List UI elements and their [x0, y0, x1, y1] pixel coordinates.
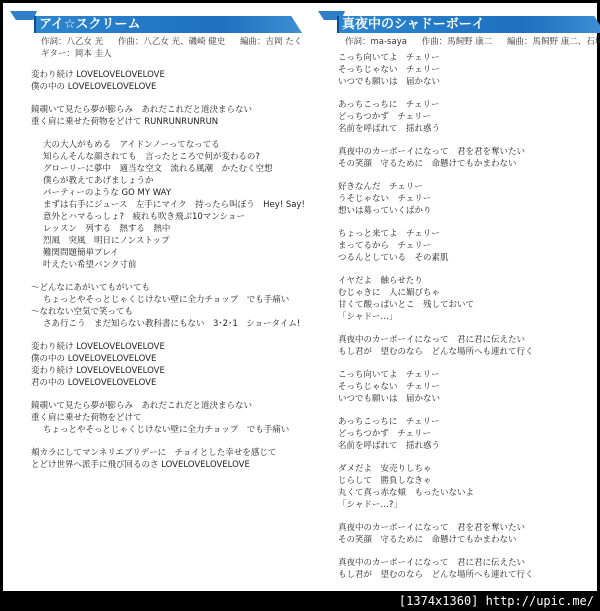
lyric-line: どっちつかず チェリー — [338, 111, 597, 123]
song-left: アイ☆スクリーム 作詞：八乙女 光 作曲：八乙女 光、磯崎 健史 編曲：吉岡 た… — [3, 3, 313, 482]
stanza: 頬カラにしてマンネリエブリデーに チョイとした幸せを感じてとどけ世界へ派手に飛び… — [31, 447, 313, 471]
lyric-line: つるんとしている その素肌 — [338, 252, 597, 264]
song-credits: 作詞：ma-saya 作曲：馬飼野 康二 編曲：馬飼野 康二、石塚 知生 — [313, 36, 597, 48]
stanza: こっち向いてよ チェリーそっちじゃない チェリーいつでも願いは 届かない — [338, 52, 597, 88]
lyric-line: あっちこっちに チェリー — [338, 99, 597, 111]
lyric-line: 鏡覗いて見たら夢が膨らみ あれだこれだと道決まらない — [31, 400, 313, 412]
lyric-line: 好きなんだ チェリー — [338, 181, 597, 193]
lyric-line: 甘くて酸っぱいとこ 残しておいて — [338, 299, 597, 311]
song-right: 真夜中のシャドーボーイ 作詞：ma-saya 作曲：馬飼野 康二 編曲：馬飼野 … — [313, 3, 597, 611]
lyric-line: とどけ世界へ派手に飛び回るのさ LOVELOVELOVELOVE — [31, 459, 313, 471]
lyric-line: こっち向いてよ チェリー — [338, 369, 597, 381]
song-title-header: 真夜中のシャドーボーイ — [313, 3, 597, 33]
stanza: 鏡覗いて見たら夢が膨らみ あれだこれだと道決まらない重く肩に乗せた荷物をどけて … — [31, 104, 313, 128]
song-lyrics: こっち向いてよ チェリーそっちじゃない チェリーいつでも願いは 届かないあっちこ… — [313, 52, 597, 604]
credit-lyrics: 作詞：八乙女 光 — [41, 37, 103, 47]
lyric-line: ～なれない空気で笑っても — [31, 306, 313, 318]
lyric-line: 重く肩に乗せた荷物をどけて — [31, 412, 313, 424]
lyric-line: こっち向いてよ チェリー — [338, 52, 597, 64]
watermark-text: [1374x1360] http://upic.me/ — [399, 593, 594, 609]
lyric-line: まってるから チェリー — [338, 240, 597, 252]
stanza: ダメだよ 安売りしちゃじらして 勝負しなきゃ丸くて真っ赤な頬 もったいないよ「シ… — [338, 463, 597, 511]
lyric-line: 真夜中のカーボーイになって 君を君を奪いたい — [338, 522, 597, 534]
lyric-line: 想いは募っていくばかり — [338, 205, 597, 217]
credit-lyrics: 作詞：ma-saya — [345, 37, 407, 47]
song-title-header: アイ☆スクリーム — [3, 3, 313, 33]
lyric-line: そっちじゃない チェリー — [338, 381, 597, 393]
stanza: 変わり続け LOVELOVELOVELOVE僕の中の LOVELOVELOVEL… — [31, 341, 313, 389]
stanza: 真夜中のカーボーイになって 君に君に伝えたいもし君が 望むのなら どんな場所へも… — [338, 334, 597, 358]
lyric-line: 叶えたい希望バンク寸前 — [31, 259, 313, 271]
lyric-line: 真夜中のカーボーイになって 君を君を奪いたい — [338, 146, 597, 158]
lyric-line: 真夜中のカーボーイになって 君に君に伝えたい — [338, 334, 597, 346]
stanza: イヤだよ 触らせたりむじゃきに 人に媚びちゃ甘くて酸っぱいとこ 残しておいて「シ… — [338, 275, 597, 323]
song-title-text: アイ☆スクリーム — [39, 17, 141, 32]
lyric-line: 名前を呼ばれて 揺れ惑う — [338, 440, 597, 452]
stanza: あっちこっちに チェリーどっちつかず チェリー名前を呼ばれて 揺れ惑う — [338, 416, 597, 452]
watermark-bar: [1374x1360] http://upic.me/ — [0, 591, 600, 611]
song-title: アイ☆スクリーム — [34, 16, 302, 33]
stanza: 好きなんだ チェリーうそじゃない チェリー想いは募っていくばかり — [338, 181, 597, 217]
stanza: 大の大人がもめる アイドンノーってなってる知らんそんな顔されても 言ったところで… — [31, 139, 313, 271]
lyric-line: もし君が 望むのなら どんな場所へも連れて行く — [338, 569, 597, 581]
song-lyrics: 変わり続け LOVELOVELOVELOVE僕の中の LOVELOVELOVEL… — [3, 69, 313, 471]
lyric-line: ちょっと来てよ チェリー — [338, 228, 597, 240]
stanza: 真夜中のカーボーイになって 君に君に伝えたいもし君が 望むのなら どんな場所へも… — [338, 557, 597, 581]
lyric-line: うそじゃない チェリー — [338, 193, 597, 205]
lyric-line: いつでも願いは 届かない — [338, 393, 597, 405]
credit-arrangement: 編曲：馬飼野 康二、石塚 知生 — [507, 37, 600, 47]
stanza: ちょっと来てよ チェリーまってるから チェリーつるんとしている その素肌 — [338, 228, 597, 264]
stanza: ～どんなにあがいてもがいてもちょっとやそっとじゃくじけない壁に全力チョップ でも… — [31, 282, 313, 330]
title-tab-decoration — [10, 11, 37, 20]
lyric-line: 難関問題簡単プレイ — [31, 247, 313, 259]
lyric-line: 君の中の LOVELOVELOVELOVE — [31, 377, 313, 389]
lyric-line: 頬カラにしてマンネリエブリデーに チョイとした幸せを感じて — [31, 447, 313, 459]
lyric-line: あっちこっちに チェリー — [338, 416, 597, 428]
lyric-line: イヤだよ 触らせたり — [338, 275, 597, 287]
lyric-line: ～どんなにあがいてもがいても — [31, 282, 313, 294]
credit-arrangement: 編曲：吉岡 たく — [240, 37, 302, 47]
lyric-line: 「シャドー…?」 — [338, 499, 597, 511]
lyric-line: 丸くて真っ赤な頬 もったいないよ — [338, 487, 597, 499]
lyric-line: ダメだよ 安売りしちゃ — [338, 463, 597, 475]
stanza: こっち向いてよ チェリーそっちじゃない チェリーいつでも願いは 届かない — [338, 369, 597, 405]
stanza: 鏡覗いて見たら夢が膨らみ あれだこれだと道決まらない重く肩に乗せた荷物をどけてち… — [31, 400, 313, 436]
lyric-line: その笑顔 守るために 命懸けてもかまわない — [338, 534, 597, 546]
lyric-line: まずは右手にジュース 左手にマイク 持ったら叫ぼう Hey! Say! — [31, 199, 313, 211]
lyric-line: もし君が 望むのなら どんな場所へも連れて行く — [338, 346, 597, 358]
credit-composition: 作曲：八乙女 光、磯崎 健史 — [118, 37, 225, 47]
lyric-line: 重く肩に乗せた荷物をどけて RUNRUNRUNRUN — [31, 116, 313, 128]
lyric-line: じらして 勝負しなきゃ — [338, 475, 597, 487]
lyric-line: いつでも願いは 届かない — [338, 76, 597, 88]
lyric-line: ちょっとやそっとじゃくじけない壁に全力チョップ でも手痛い — [31, 294, 313, 306]
lyric-line: 意外とハマるっしょ? 疲れも吹き飛ぶ10マンショー — [31, 211, 313, 223]
lyric-line: 僕の中の LOVELOVELOVELOVE — [31, 81, 313, 93]
lyrics-page: アイ☆スクリーム 作詞：八乙女 光 作曲：八乙女 光、磯崎 健史 編曲：吉岡 た… — [3, 3, 597, 591]
stanza: 真夜中のカーボーイになって 君を君を奪いたいその笑顔 守るために 命懸けてもかま… — [338, 146, 597, 170]
lyric-line: レッスン 列する 熱する 熱中 — [31, 223, 313, 235]
lyric-line: 知らんそんな顔されても 言ったところで何が変わるの? — [31, 151, 313, 163]
lyric-line: 大の大人がもめる アイドンノーってなってる — [31, 139, 313, 151]
lyric-line: 鏡覗いて見たら夢が膨らみ あれだこれだと道決まらない — [31, 104, 313, 116]
stanza: 変わり続け LOVELOVELOVELOVE僕の中の LOVELOVELOVEL… — [31, 69, 313, 93]
title-accent — [337, 16, 339, 33]
lyric-line: さあ行こう まだ知らない教科書にもない 3･2･1 ショータイム! — [31, 318, 313, 330]
lyric-line: 僕らが教えてあげましょうか — [31, 175, 313, 187]
lyric-line: 変わり続け LOVELOVELOVELOVE — [31, 69, 313, 81]
song-title: 真夜中のシャドーボーイ — [337, 16, 600, 33]
credit-guitar: ギター：岡本 圭人 — [41, 49, 112, 59]
lyric-line: 烈風 突風 明日にノンストップ — [31, 235, 313, 247]
lyric-line: そっちじゃない チェリー — [338, 64, 597, 76]
lyric-line: その笑顔 守るために 命懸けてもかまわない — [338, 158, 597, 170]
stanza: 真夜中のカーボーイになって 君を君を奪いたいその笑顔 守るために 命懸けてもかま… — [338, 522, 597, 546]
credit-composition: 作曲：馬飼野 康二 — [422, 37, 493, 47]
lyric-line: 真夜中のカーボーイになって 君に君に伝えたい — [338, 557, 597, 569]
lyric-line: パーティーのような GO MY WAY — [31, 187, 313, 199]
lyric-line: どっちつかず チェリー — [338, 428, 597, 440]
lyric-line: 名前を呼ばれて 揺れ惑う — [338, 123, 597, 135]
lyric-line: 変わり続け LOVELOVELOVELOVE — [31, 365, 313, 377]
stanza: あっちこっちに チェリーどっちつかず チェリー名前を呼ばれて 揺れ惑う — [338, 99, 597, 135]
title-accent — [34, 16, 36, 33]
lyric-line: 僕の中の LOVELOVELOVELOVE — [31, 353, 313, 365]
lyric-line: むじゃきに 人に媚びちゃ — [338, 287, 597, 299]
lyric-line: 「シャドー…」 — [338, 311, 597, 323]
song-title-text: 真夜中のシャドーボーイ — [342, 17, 485, 32]
lyric-line: 変わり続け LOVELOVELOVELOVE — [31, 341, 313, 353]
song-credits: 作詞：八乙女 光 作曲：八乙女 光、磯崎 健史 編曲：吉岡 たく ギター：岡本 … — [3, 36, 313, 60]
lyric-line: グローリーに夢中 適当な空文 流れる風潮 かたむく空想 — [31, 163, 313, 175]
lyric-line: ちょっとやそっとじゃくじけない壁に全力チョップ でも手痛い — [31, 424, 313, 436]
